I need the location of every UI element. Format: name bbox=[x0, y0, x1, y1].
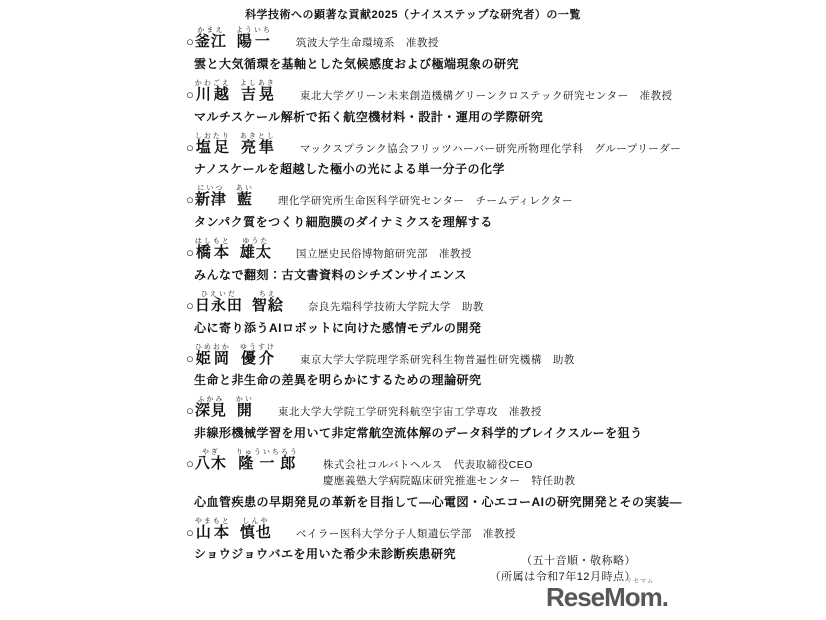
resemom-logo-furigana: リセマム bbox=[626, 579, 654, 585]
affiliation-list: 理化学研究所生命医科学研究センター チームディレクター bbox=[278, 194, 573, 210]
researcher-name: 深見ふかみ開かい bbox=[195, 396, 254, 420]
researcher-surname: 川越かわごえ bbox=[195, 86, 231, 103]
affiliation-list: 東京大学大学院理学系研究科生物普遍性研究機構 助教 bbox=[300, 353, 575, 369]
researcher-givenname: 陽一よういち bbox=[236, 33, 272, 50]
affiliation-list: 東北大学大学院工学研究科航空宇宙工学専攻 准教授 bbox=[278, 405, 542, 421]
furigana-givenname: ちえ bbox=[252, 291, 284, 298]
circle-marker: ○ bbox=[186, 141, 194, 156]
researcher-header: ○ 川越かわごえ吉晃よしあき 東北大学グリーン未来創造機構グリーンクロステック研… bbox=[186, 80, 826, 105]
furigana-surname: はしもと bbox=[195, 238, 231, 245]
researcher-surname: 釜江かまえ bbox=[195, 33, 227, 50]
furigana-givenname: かい bbox=[236, 396, 254, 403]
furigana-surname: ふかみ bbox=[195, 396, 227, 403]
affiliation-line: 慶應義塾大学病院臨床研究推進センター 特任助教 bbox=[323, 474, 576, 490]
researcher-entry: ○ 川越かわごえ吉晃よしあき 東北大学グリーン未来創造機構グリーンクロステック研… bbox=[186, 80, 826, 125]
research-title: タンパク質をつくり細胞膜のダイナミクスを理解する bbox=[194, 213, 826, 230]
affiliation-list: 株式会社コルバトヘルス 代表取締役CEO慶應義塾大学病院臨床研究推進センター 特… bbox=[323, 458, 576, 490]
circle-marker: ○ bbox=[186, 246, 194, 261]
researcher-entry: ○ 塩足しおたり亮隼あきとし マックスプランク協会フリッツハーバー研究所物理化学… bbox=[186, 133, 826, 178]
researcher-givenname: 亮隼あきとし bbox=[240, 139, 276, 156]
researcher-surname: 新津にいつ bbox=[195, 191, 227, 208]
resemom-logo: リセマム ReseMom. bbox=[546, 584, 668, 610]
researcher-header: ○ 釜江かまえ陽一よういち 筑波大学生命環境系 准教授 bbox=[186, 27, 826, 52]
furigana-givenname: ゆうた bbox=[240, 238, 272, 245]
furigana-givenname: あい bbox=[236, 185, 254, 192]
affiliation-line: 理化学研究所生命医科学研究センター チームディレクター bbox=[278, 194, 573, 210]
affiliation-list: マックスプランク協会フリッツハーバー研究所物理化学科 グループリーダー bbox=[300, 142, 681, 158]
circle-marker: ○ bbox=[186, 193, 194, 208]
researcher-surname: 日永田ひえいだ bbox=[195, 297, 243, 314]
page-title: 科学技術への顕著な貢献2025（ナイスステップな研究者）の一覧 bbox=[0, 0, 826, 22]
researcher-name: 山本やまもと慎也しんや bbox=[195, 518, 272, 542]
researcher-header: ○ 橋本はしもと雄太ゆうた 国立歴史民俗博物館研究部 准教授 bbox=[186, 238, 826, 263]
affiliation-line: 株式会社コルバトヘルス 代表取締役CEO bbox=[323, 458, 576, 474]
researcher-surname: 山本やまもと bbox=[195, 524, 231, 541]
researcher-surname: 塩足しおたり bbox=[195, 139, 231, 156]
researcher-givenname: 藍あい bbox=[236, 191, 254, 208]
researcher-entry: ○ 新津にいつ藍あい 理化学研究所生命医科学研究センター チームディレクター タ… bbox=[186, 185, 826, 230]
circle-marker: ○ bbox=[186, 299, 194, 314]
affiliation-line: 東北大学大学院工学研究科航空宇宙工学専攻 准教授 bbox=[278, 405, 542, 421]
researcher-entry: ○ 日永田ひえいだ智絵ちえ 奈良先端科学技術大学院大学 助教 心に寄り添うAIロ… bbox=[186, 291, 826, 336]
furigana-givenname: りゅういちろう bbox=[236, 449, 299, 456]
furigana-surname: かわごえ bbox=[195, 80, 231, 87]
research-title: 心に寄り添うAIロボットに向けた感情モデルの開発 bbox=[194, 319, 826, 336]
researcher-givenname: 智絵ちえ bbox=[252, 297, 284, 314]
researcher-givenname: 雄太ゆうた bbox=[240, 244, 272, 261]
researcher-name: 橋本はしもと雄太ゆうた bbox=[195, 238, 272, 262]
furigana-surname: ひえいだ bbox=[195, 291, 243, 298]
researcher-name: 釜江かまえ陽一よういち bbox=[195, 27, 272, 51]
researcher-givenname: 隆一郎りゅういちろう bbox=[236, 455, 299, 472]
furigana-givenname: よしあき bbox=[240, 80, 276, 87]
furigana-givenname: ゆうすけ bbox=[240, 344, 276, 351]
affiliation-line: 国立歴史民俗博物館研究部 准教授 bbox=[296, 247, 472, 263]
furigana-surname: ひめおか bbox=[195, 344, 231, 351]
document-page: 科学技術への顕著な貢献2025（ナイスステップな研究者）の一覧 ○ 釜江かまえ陽… bbox=[0, 0, 826, 620]
affiliation-line: 筑波大学生命環境系 准教授 bbox=[296, 36, 439, 52]
researcher-surname: 橋本はしもと bbox=[195, 244, 231, 261]
resemom-logo-wrap: リセマム ReseMom. bbox=[546, 584, 668, 611]
researcher-name: 日永田ひえいだ智絵ちえ bbox=[195, 291, 284, 315]
furigana-surname: やまもと bbox=[195, 518, 231, 525]
circle-marker: ○ bbox=[186, 35, 194, 50]
circle-marker: ○ bbox=[186, 352, 194, 367]
furigana-givenname: あきとし bbox=[240, 133, 276, 140]
furigana-surname: しおたり bbox=[195, 133, 231, 140]
researcher-surname: 深見ふかみ bbox=[195, 402, 227, 419]
circle-marker: ○ bbox=[186, 88, 194, 103]
research-title: 雲と大気循環を基軸とした気候感度および極端現象の研究 bbox=[194, 55, 826, 72]
resemom-logo-text: ReseMom. bbox=[546, 582, 668, 612]
researcher-entry: ○ 深見ふかみ開かい 東北大学大学院工学研究科航空宇宙工学専攻 准教授 非線形機… bbox=[186, 396, 826, 441]
researcher-givenname: 吉晃よしあき bbox=[240, 86, 276, 103]
researcher-header: ○ 八木やぎ隆一郎りゅういちろう 株式会社コルバトヘルス 代表取締役CEO慶應義… bbox=[186, 449, 826, 490]
researcher-header: ○ 塩足しおたり亮隼あきとし マックスプランク協会フリッツハーバー研究所物理化学… bbox=[186, 133, 826, 158]
researcher-header: ○ 山本やまもと慎也しんや ベイラー医科大学分子人類遺伝学部 准教授 bbox=[186, 518, 826, 543]
research-title: 心血管疾患の早期発見の革新を目指して―心電図・心エコーAIの研究開発とその実装― bbox=[194, 493, 826, 510]
researcher-list: ○ 釜江かまえ陽一よういち 筑波大学生命環境系 准教授 雲と大気循環を基軸とした… bbox=[186, 27, 826, 562]
circle-marker: ○ bbox=[186, 457, 194, 472]
affiliation-list: 国立歴史民俗博物館研究部 准教授 bbox=[296, 247, 472, 263]
affiliation-line: 東京大学大学院理学系研究科生物普遍性研究機構 助教 bbox=[300, 353, 575, 369]
affiliation-list: 東北大学グリーン未来創造機構グリーンクロステック研究センター 准教授 bbox=[300, 89, 673, 105]
circle-marker: ○ bbox=[186, 404, 194, 419]
researcher-header: ○ 姫岡ひめおか優介ゆうすけ 東京大学大学院理学系研究科生物普遍性研究機構 助教 bbox=[186, 344, 826, 369]
researcher-name: 川越かわごえ吉晃よしあき bbox=[195, 80, 276, 104]
research-title: マルチスケール解析で拓く航空機材料・設計・運用の学際研究 bbox=[194, 108, 826, 125]
furigana-givenname: よういち bbox=[236, 27, 272, 34]
affiliation-list: ベイラー医科大学分子人類遺伝学部 准教授 bbox=[296, 527, 516, 543]
researcher-surname: 八木やぎ bbox=[195, 455, 227, 472]
footer-note-order: （五十音順・敬称略） bbox=[490, 554, 636, 570]
researcher-entry: ○ 八木やぎ隆一郎りゅういちろう 株式会社コルバトヘルス 代表取締役CEO慶應義… bbox=[186, 449, 826, 510]
researcher-entry: ○ 橋本はしもと雄太ゆうた 国立歴史民俗博物館研究部 准教授 みんなで翻刻：古文… bbox=[186, 238, 826, 283]
affiliation-list: 奈良先端科学技術大学院大学 助教 bbox=[308, 300, 484, 316]
researcher-name: 姫岡ひめおか優介ゆうすけ bbox=[195, 344, 276, 368]
affiliation-line: 東北大学グリーン未来創造機構グリーンクロステック研究センター 准教授 bbox=[300, 89, 673, 105]
researcher-givenname: 開かい bbox=[236, 402, 254, 419]
research-title: ナノスケールを超越した極小の光による単一分子の化学 bbox=[194, 160, 826, 177]
researcher-surname: 姫岡ひめおか bbox=[195, 350, 231, 367]
circle-marker: ○ bbox=[186, 526, 194, 541]
affiliation-line: ベイラー医科大学分子人類遺伝学部 准教授 bbox=[296, 527, 516, 543]
furigana-surname: やぎ bbox=[195, 449, 227, 456]
furigana-surname: にいつ bbox=[195, 185, 227, 192]
researcher-givenname: 優介ゆうすけ bbox=[240, 350, 276, 367]
researcher-entry: ○ 釜江かまえ陽一よういち 筑波大学生命環境系 准教授 雲と大気循環を基軸とした… bbox=[186, 27, 826, 72]
research-title: 生命と非生命の差異を明らかにするための理論研究 bbox=[194, 371, 826, 388]
furigana-givenname: しんや bbox=[240, 518, 272, 525]
researcher-header: ○ 日永田ひえいだ智絵ちえ 奈良先端科学技術大学院大学 助教 bbox=[186, 291, 826, 316]
researcher-entry: ○ 姫岡ひめおか優介ゆうすけ 東京大学大学院理学系研究科生物普遍性研究機構 助教… bbox=[186, 344, 826, 389]
researcher-givenname: 慎也しんや bbox=[240, 524, 272, 541]
researcher-header: ○ 深見ふかみ開かい 東北大学大学院工学研究科航空宇宙工学専攻 准教授 bbox=[186, 396, 826, 421]
researcher-name: 八木やぎ隆一郎りゅういちろう bbox=[195, 449, 299, 473]
researcher-name: 塩足しおたり亮隼あきとし bbox=[195, 133, 276, 157]
research-title: みんなで翻刻：古文書資料のシチズンサイエンス bbox=[194, 266, 826, 283]
affiliation-list: 筑波大学生命環境系 准教授 bbox=[296, 36, 439, 52]
furigana-surname: かまえ bbox=[195, 27, 227, 34]
affiliation-line: 奈良先端科学技術大学院大学 助教 bbox=[308, 300, 484, 316]
affiliation-line: マックスプランク協会フリッツハーバー研究所物理化学科 グループリーダー bbox=[300, 142, 681, 158]
researcher-header: ○ 新津にいつ藍あい 理化学研究所生命医科学研究センター チームディレクター bbox=[186, 185, 826, 210]
research-title: 非線形機械学習を用いて非定常航空流体解のデータ科学的ブレイクスルーを狙う bbox=[194, 424, 826, 441]
researcher-name: 新津にいつ藍あい bbox=[195, 185, 254, 209]
